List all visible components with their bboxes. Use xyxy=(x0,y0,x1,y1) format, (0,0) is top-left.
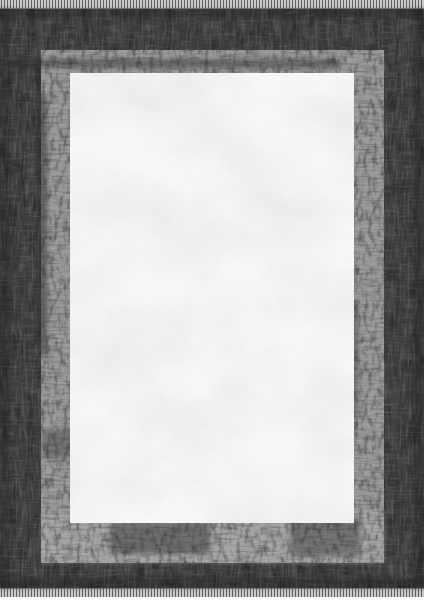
rug-product-image xyxy=(0,0,424,600)
fringe-top xyxy=(0,0,424,9)
outer-band-left-shade xyxy=(0,9,10,588)
inner-band-bottom-smudge-left xyxy=(110,522,210,554)
fringe-bottom xyxy=(0,588,424,597)
fringe-bottom-edge-line xyxy=(0,588,424,589)
fringe-top-edge-line xyxy=(0,8,424,9)
rug-center-field xyxy=(70,73,354,523)
inner-band-top-streak-smudge xyxy=(6,59,341,68)
outer-band-bottom-shade xyxy=(0,578,424,588)
inner-band-left-streak-smudge xyxy=(38,95,47,355)
outer-band-top-shade xyxy=(0,9,424,17)
outer-band-right-shade xyxy=(414,9,424,588)
photo-canvas xyxy=(0,0,424,600)
center-field-speckle-texture xyxy=(70,73,354,523)
